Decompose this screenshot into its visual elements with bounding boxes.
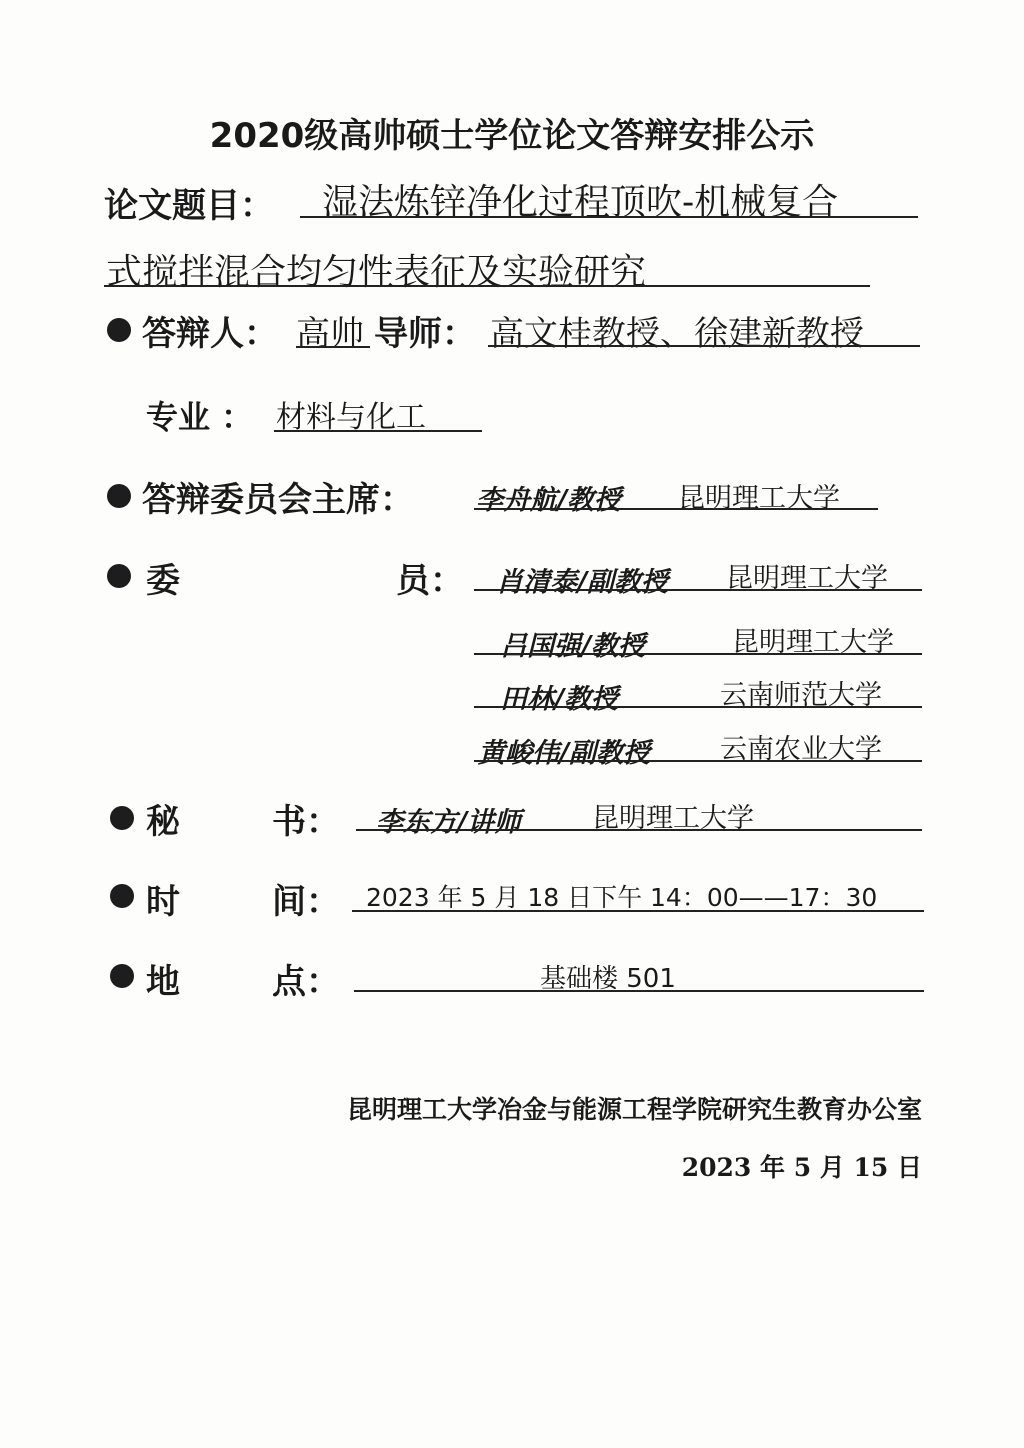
thesis-title-line2: 式搅拌混合均匀性表征及实验研究 (106, 244, 646, 295)
bullet-icon (107, 484, 131, 508)
member-name: 吕国强/教授 (500, 624, 645, 663)
underline (274, 430, 482, 432)
secretary-label-last: 书： (272, 794, 340, 843)
underline (474, 508, 878, 510)
member-name: 黄峻伟/副教授 (478, 731, 650, 770)
time-label-first: 时 (146, 874, 180, 923)
underline (296, 346, 370, 348)
underline (474, 760, 922, 762)
advisor-label: 导师： (374, 306, 476, 355)
bullet-icon (107, 318, 131, 342)
thesis-label: 论文题目： (104, 178, 274, 227)
major-label: 专业 ： (146, 392, 253, 438)
advisor-names: 高文桂教授、徐建新教授 (490, 306, 864, 355)
place-label-last: 点： (272, 954, 340, 1003)
members-label-last: 员： (396, 553, 464, 602)
time-value: 2023 年 5 月 18 日下午 14：00——17：30 (366, 878, 877, 914)
page-title: 2020级高帅硕士学位论文答辩安排公示 (0, 108, 1024, 157)
bullet-icon (110, 806, 134, 830)
underline (300, 216, 918, 218)
bullet-icon (107, 564, 131, 588)
underline (488, 345, 920, 347)
bullet-icon (110, 964, 134, 988)
chair-name: 李舟航/教授 (476, 478, 621, 517)
underline (352, 910, 924, 912)
underline (474, 706, 922, 708)
member-name: 肖清泰/副教授 (496, 560, 668, 599)
place-label-first: 地 (146, 954, 180, 1003)
secretary-name: 李东方/讲师 (376, 800, 521, 839)
chair-label: 答辩委员会主席： (142, 472, 414, 521)
issue-date: 2023 年 5 月 15 日 (682, 1148, 922, 1184)
member-name: 田林/教授 (500, 677, 618, 716)
underline (354, 990, 924, 992)
time-label-last: 间： (272, 874, 340, 923)
issuing-office: 昆明理工大学冶金与能源工程学院研究生教育办公室 (347, 1090, 922, 1126)
underline (104, 285, 870, 287)
secretary-label-first: 秘 (146, 794, 180, 843)
defender-label: 答辩人： (142, 306, 278, 355)
members-label-first: 委 (146, 553, 180, 602)
underline (474, 653, 922, 655)
bullet-icon (110, 884, 134, 908)
underline (356, 829, 922, 831)
underline (474, 589, 922, 591)
